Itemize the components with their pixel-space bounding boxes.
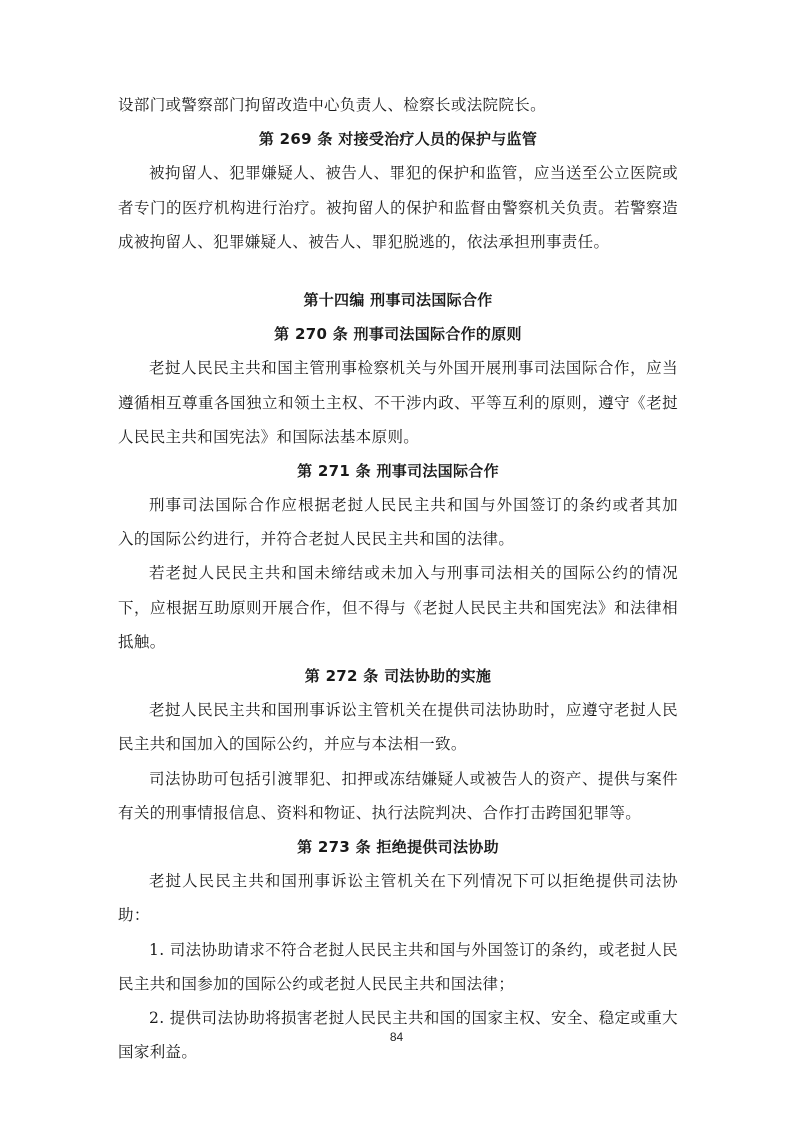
paragraph-line: 抵触。 [118, 625, 678, 659]
paragraph-line: 老挝人民民主共和国刑事诉讼主管机关在提供司法协助时，应遵守老挝人民 [118, 693, 678, 727]
article-273-item-1: 1. 司法协助请求不符合老挝人民民主共和国与外国签订的条约，或老挝人民 民主共和… [118, 933, 678, 1001]
paragraph-line: 刑事司法国际合作应根据老挝人民民主共和国与外国签订的条约或者其加 [118, 488, 678, 522]
paragraph-line: 老挝人民民主共和国主管刑事检察机关与外国开展刑事司法国际合作，应当 [118, 351, 678, 385]
article-273-paragraph: 老挝人民民主共和国刑事诉讼主管机关在下列情况下可以拒绝提供司法协 助： [118, 864, 678, 932]
section-gap [118, 259, 678, 283]
document-page: 设部门或警察部门拘留改造中心负责人、检察长或法院院长。 第 269 条 对接受治… [118, 88, 678, 1069]
paragraph-continuation-line: 设部门或警察部门拘留改造中心负责人、检察长或法院院长。 [118, 88, 678, 122]
paragraph-line: 有关的刑事情报信息、资料和物证、执行法院判决、合作打击跨国犯罪等。 [118, 796, 678, 830]
paragraph-line: 遵循相互尊重各国独立和领土主权、不干涉内政、平等互利的原则，遵守《老挝 [118, 386, 678, 420]
article-272-heading: 第 272 条 司法协助的实施 [118, 659, 678, 693]
article-269-paragraph: 被拘留人、犯罪嫌疑人、被告人、罪犯的保护和监管，应当送至公立医院或 者专门的医疗… [118, 156, 678, 259]
paragraph-line: 民主共和国加入的国际公约，并应与本法相一致。 [118, 727, 678, 761]
article-269-heading: 第 269 条 对接受治疗人员的保护与监管 [118, 122, 678, 156]
article-270-paragraph: 老挝人民民主共和国主管刑事检察机关与外国开展刑事司法国际合作，应当 遵循相互尊重… [118, 351, 678, 454]
list-item-line: 民主共和国参加的国际公约或老挝人民民主共和国法律； [118, 967, 678, 1001]
article-270-heading: 第 270 条 刑事司法国际合作的原则 [118, 317, 678, 351]
page-number: 84 [0, 1030, 793, 1044]
article-271-paragraph-2: 若老挝人民民主共和国未缔结或未加入与刑事司法相关的国际公约的情况 下，应根据互助… [118, 556, 678, 659]
paragraph-line: 下，应根据互助原则开展合作，但不得与《老挝人民民主共和国宪法》和法律相 [118, 591, 678, 625]
paragraph-line: 若老挝人民民主共和国未缔结或未加入与刑事司法相关的国际公约的情况 [118, 556, 678, 590]
article-271-heading: 第 271 条 刑事司法国际合作 [118, 454, 678, 488]
part-14-heading: 第十四编 刑事司法国际合作 [118, 283, 678, 317]
list-item-line: 1. 司法协助请求不符合老挝人民民主共和国与外国签订的条约，或老挝人民 [118, 933, 678, 967]
article-271-paragraph-1: 刑事司法国际合作应根据老挝人民民主共和国与外国签订的条约或者其加 入的国际公约进… [118, 488, 678, 556]
paragraph-line: 人民民主共和国宪法》和国际法基本原则。 [118, 420, 678, 454]
paragraph-line: 入的国际公约进行，并符合老挝人民民主共和国的法律。 [118, 522, 678, 556]
paragraph-line: 被拘留人、犯罪嫌疑人、被告人、罪犯的保护和监管，应当送至公立医院或 [118, 156, 678, 190]
article-273-heading: 第 273 条 拒绝提供司法协助 [118, 830, 678, 864]
paragraph-line: 者专门的医疗机构进行治疗。被拘留人的保护和监督由警察机关负责。若警察造 [118, 191, 678, 225]
paragraph-line: 助： [118, 898, 678, 932]
paragraph-line: 成被拘留人、犯罪嫌疑人、被告人、罪犯脱逃的，依法承担刑事责任。 [118, 225, 678, 259]
article-272-paragraph-1: 老挝人民民主共和国刑事诉讼主管机关在提供司法协助时，应遵守老挝人民 民主共和国加… [118, 693, 678, 761]
paragraph-line: 老挝人民民主共和国刑事诉讼主管机关在下列情况下可以拒绝提供司法协 [118, 864, 678, 898]
paragraph-line: 司法协助可包括引渡罪犯、扣押或冻结嫌疑人或被告人的资产、提供与案件 [118, 762, 678, 796]
article-272-paragraph-2: 司法协助可包括引渡罪犯、扣押或冻结嫌疑人或被告人的资产、提供与案件 有关的刑事情… [118, 762, 678, 830]
